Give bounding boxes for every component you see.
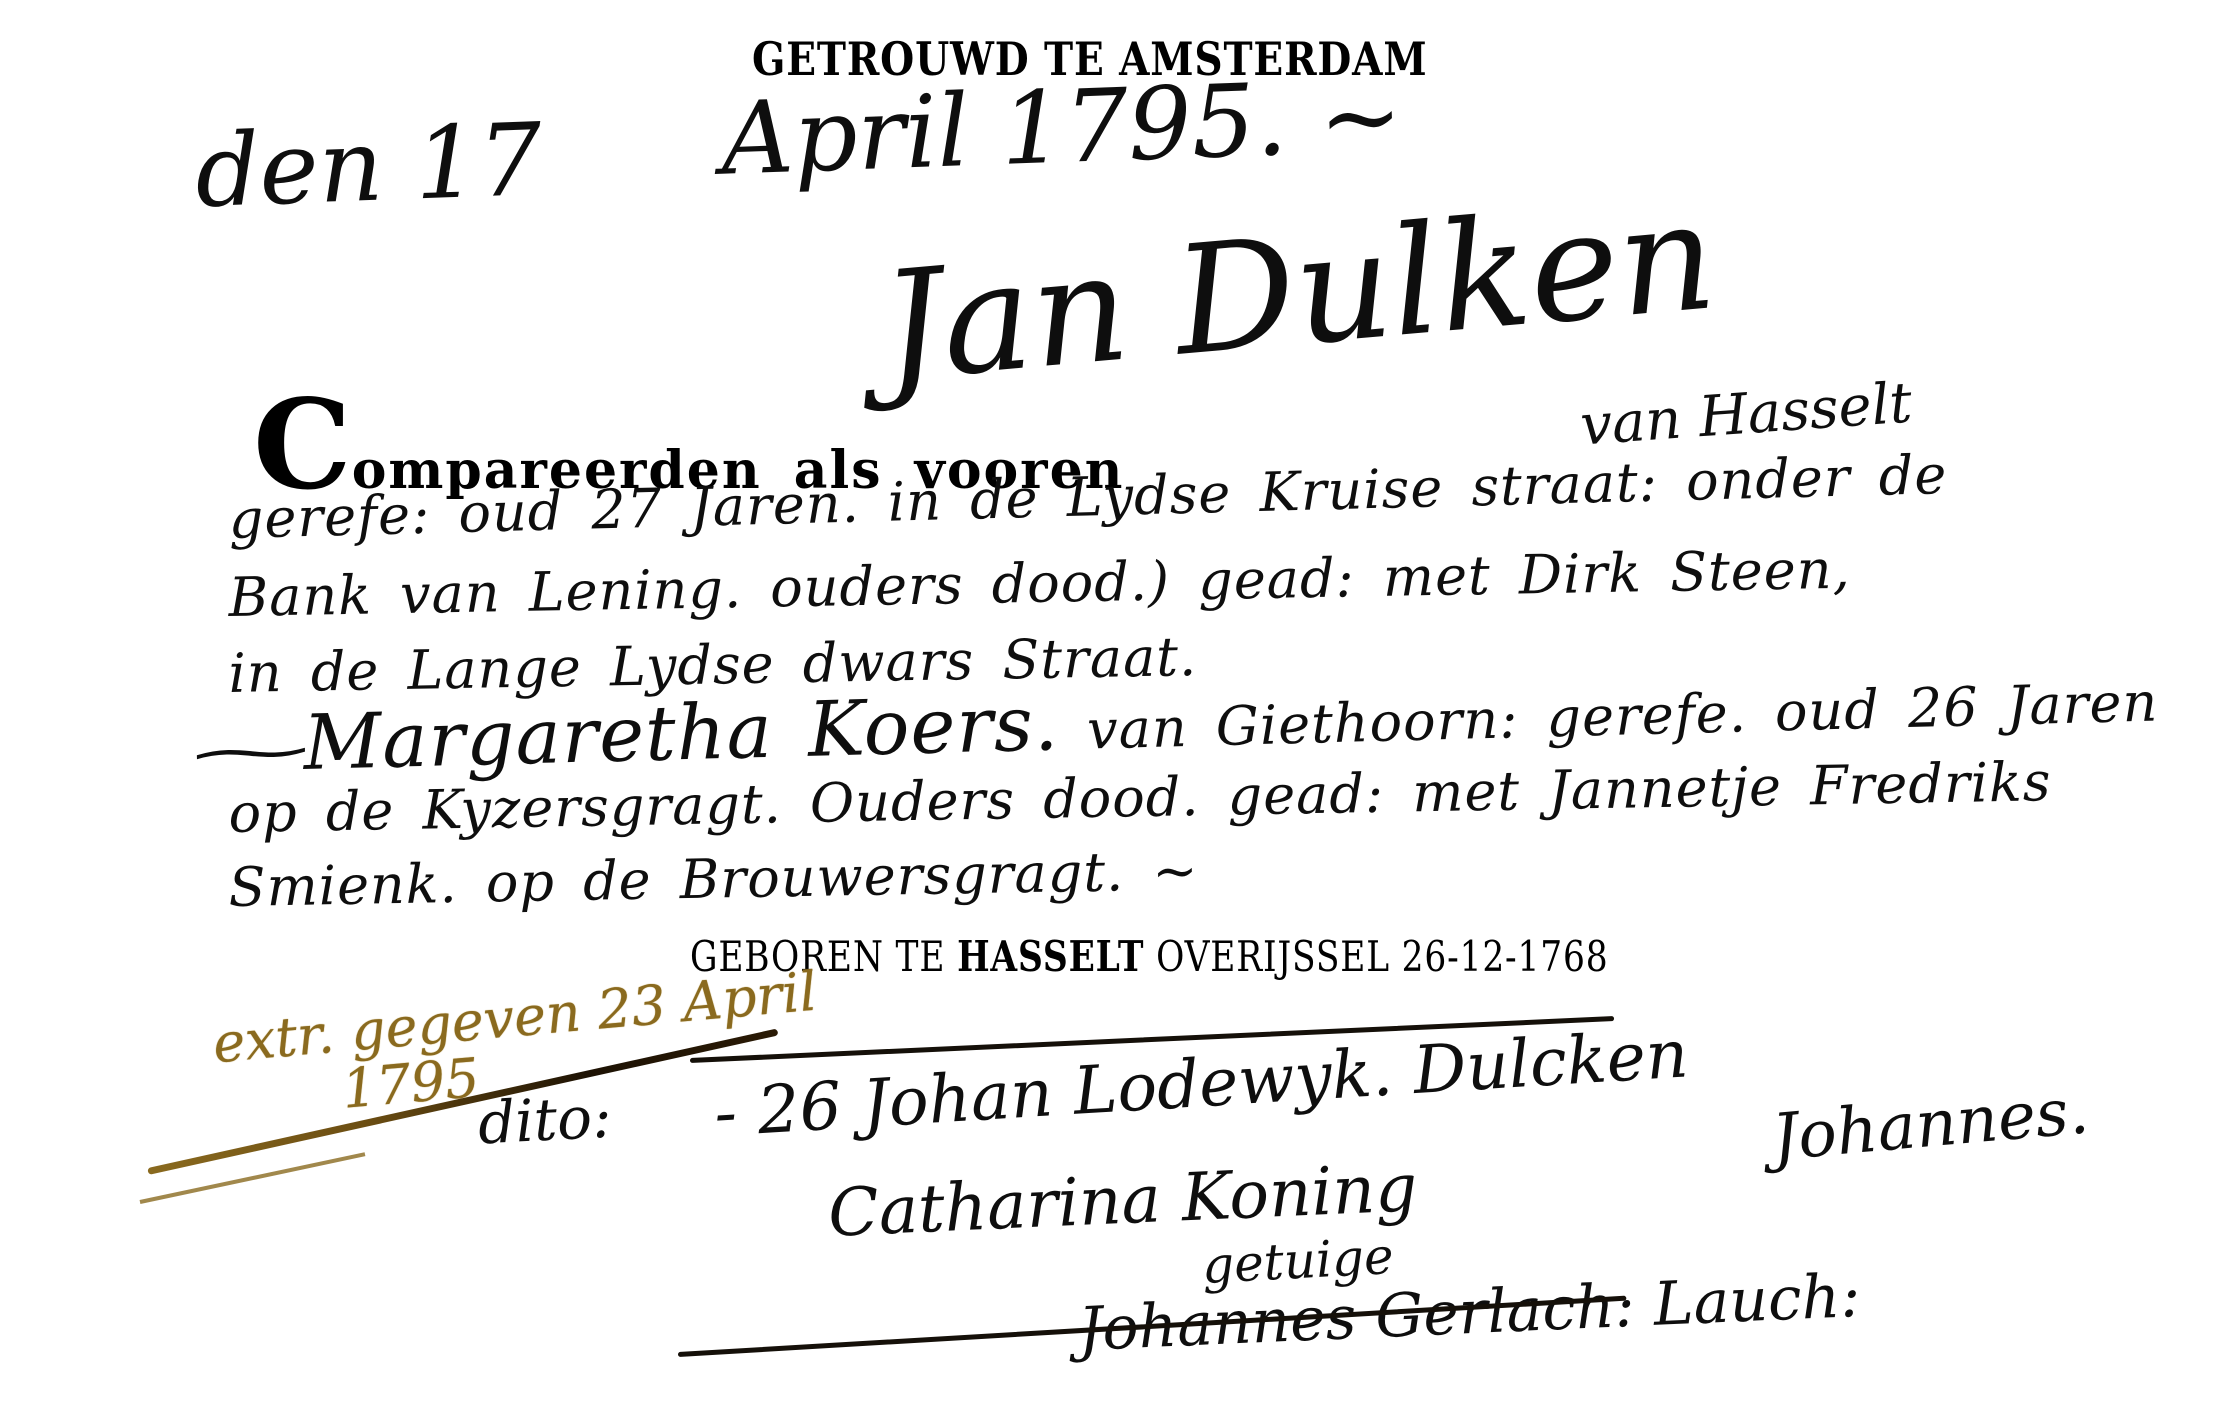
diagonal-strike-tail	[140, 1152, 366, 1204]
marriage-record-scan: GETROUWD TE AMSTERDAM den 17April 1795. …	[0, 0, 2240, 1418]
groom-name: Jan Dulken	[875, 169, 1722, 415]
born-line: GEBOREN TE HASSELT OVERIJSSEL 26-12-1768	[690, 932, 1608, 981]
compareerden-drop-cap: C	[253, 398, 352, 495]
dito-note: dito:	[476, 1083, 613, 1158]
born-place: HASSELT	[957, 932, 1144, 981]
child-name: Johannes.	[1769, 1074, 2091, 1175]
marriage-date-month-year: April 1795. ~	[719, 57, 1404, 198]
marriage-date-line: den 17April 1795. ~	[193, 71, 1405, 230]
record-line-2: Bank van Lening. ouders dood.) gead: met…	[228, 538, 1851, 629]
marriage-date-day: den 17	[193, 101, 544, 230]
witness-name: Johannes Gerlach: Lauch:	[1077, 1261, 1862, 1365]
record-line-6: Smienk. op de Brouwersgragt. ~	[228, 839, 1199, 919]
born-line-suffix: OVERIJSSEL 26-12-1768	[1144, 932, 1608, 981]
bride-lead-flourish: ~	[178, 718, 328, 785]
bride-details: van Giethoorn: gerefe. oud 26 Jaren	[1058, 670, 2159, 762]
